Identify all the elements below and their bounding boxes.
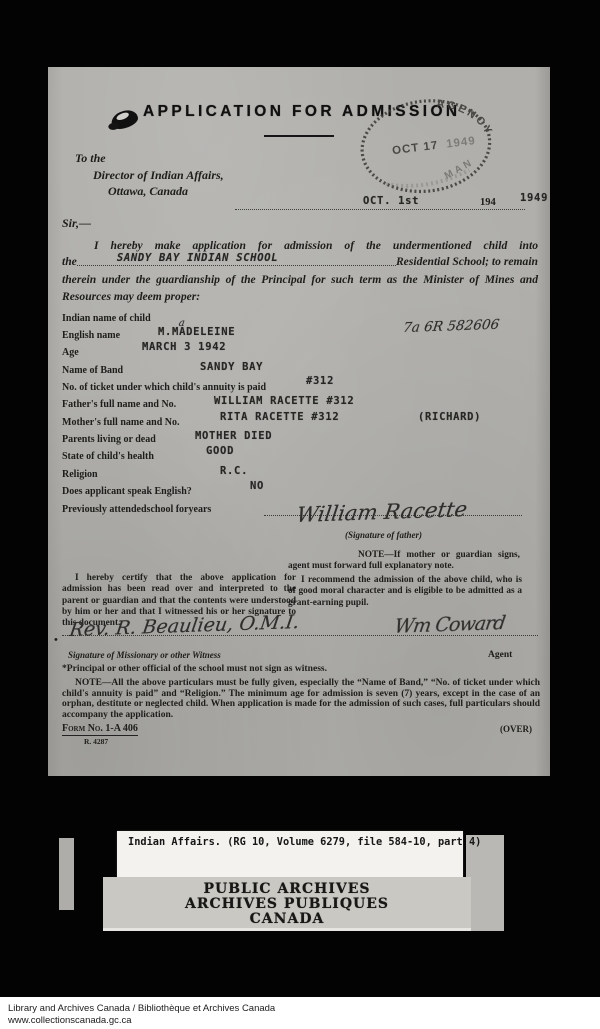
- field-label: Previously attended: [62, 504, 147, 516]
- field-label: Indian name of child: [62, 313, 151, 325]
- field-label-end: years: [189, 504, 212, 516]
- field-label: Father's full name and No.: [62, 399, 176, 411]
- over-label: (OVER): [500, 724, 532, 734]
- field-value: GOOD: [206, 445, 234, 457]
- field-value-extra: (RICHARD): [418, 411, 481, 423]
- lac-footer-bar: Library and Archives Canada / Bibliothèq…: [0, 997, 600, 1029]
- dotted-leader: [264, 515, 522, 516]
- scanned-document-page: { "stamp": { "arc_text": "AGENCY", "date…: [0, 0, 600, 1029]
- salutation: Sir,—: [62, 216, 91, 231]
- film-edge-tab-left: [59, 838, 74, 910]
- recommend-paragraph: I recommend the admission of the above c…: [288, 575, 522, 609]
- agency-date-stamp: AGENCY OCT 17 1949 MAN: [348, 85, 506, 210]
- field-label: Does applicant speak English?: [62, 486, 192, 498]
- field-label: State of child's health: [62, 451, 154, 463]
- agent-note: NOTE—If mother or guardian signs, agent …: [288, 550, 520, 573]
- dotted-leader: SANDY BAY INDIAN SCHOOL: [77, 265, 396, 266]
- field-value: #312: [306, 375, 334, 387]
- field-row-religion: Religion R.C.: [62, 467, 538, 481]
- witness-rule-note: *Principal or other official of the scho…: [62, 663, 327, 674]
- addressee-line: To the: [75, 150, 224, 167]
- form-number: Form No. 1-A 406: [62, 723, 138, 736]
- field-label: Parents living or dead: [62, 434, 156, 446]
- dotted-leader: [62, 635, 538, 636]
- field-value: MOTHER DIED: [195, 430, 272, 442]
- field-row-speaks-english: Does applicant speak English? NO: [62, 484, 538, 498]
- handwritten-file-number: 7a 6R 582606: [402, 317, 500, 336]
- field-row-mother: Mother's full name and No. RITA RACETTE …: [62, 415, 538, 429]
- field-row-ticket: No. of ticket under which child's annuit…: [62, 380, 538, 394]
- field-label: No. of ticket under which child's annuit…: [62, 382, 266, 394]
- field-value: RITA RACETTE #312: [220, 411, 339, 423]
- field-value: MARCH 3 1942: [142, 341, 226, 353]
- archives-stamp-line: CANADA: [103, 912, 471, 927]
- field-label: Name of Band: [62, 365, 123, 377]
- date-printed-prefix: 194: [480, 197, 496, 208]
- body-line-4: Resources may deem proper:: [62, 290, 200, 303]
- public-archives-stamp: PUBLIC ARCHIVES ARCHIVES PUBLIQUES CANAD…: [103, 877, 471, 931]
- field-label: Religion: [62, 469, 98, 481]
- field-value: NO: [250, 480, 264, 492]
- body-line-3: therein under the guardianship of the Pr…: [62, 273, 538, 286]
- witness-signature-caption: Signature of Missionary or other Witness: [68, 650, 221, 660]
- stamp-date-year: 1949: [446, 135, 477, 151]
- title-underline: [264, 135, 334, 137]
- lac-footer-line1: Library and Archives Canada / Bibliothèq…: [8, 1003, 275, 1015]
- lac-footer-url: www.collectionscanada.gc.ca: [8, 1015, 132, 1027]
- field-label: English name: [62, 330, 120, 342]
- field-value: M.MADELEINE: [158, 326, 235, 338]
- date-typed-year: 1949: [520, 192, 548, 204]
- father-signature-caption: (Signature of father): [345, 530, 422, 540]
- body-the: the: [62, 255, 77, 268]
- form-number-sub: R. 4287: [84, 737, 108, 746]
- archives-stamp-line: PUBLIC ARCHIVES: [103, 882, 471, 897]
- father-signature: William Racette: [295, 497, 469, 527]
- field-row-father: Father's full name and No. WILLIAM RACET…: [62, 397, 538, 411]
- field-row-band: Name of Band SANDY BAY: [62, 363, 538, 377]
- field-value: SANDY BAY: [200, 361, 263, 373]
- stamp-date: OCT 17: [392, 140, 439, 158]
- date-line: OCT. 1st 194 1949: [235, 198, 525, 211]
- film-edge-tab-right: [466, 835, 504, 931]
- body-line-2-end: Residential School; to remain: [396, 255, 538, 268]
- field-row-age: Age MARCH 3 1942: [62, 345, 538, 359]
- addressee-line: Director of Indian Affairs,: [93, 167, 224, 184]
- ink-blot: [109, 108, 139, 131]
- dotted-leader: [235, 209, 525, 210]
- addressee-block: To the Director of Indian Affairs, Ottaw…: [75, 150, 224, 200]
- field-row-health: State of child's health GOOD: [62, 449, 538, 463]
- field-label-mid: school for: [147, 504, 189, 516]
- stamp-region: MAN: [443, 157, 476, 182]
- archives-stamp-line: ARCHIVES PUBLIQUES: [103, 897, 471, 912]
- field-value: WILLIAM RACETTE #312: [214, 395, 354, 407]
- application-form-paper: APPLICATION FOR ADMISSION AGENCY OCT 17 …: [48, 67, 550, 776]
- addressee-line: Ottawa, Canada: [108, 183, 224, 200]
- body-line-2: the SANDY BAY INDIAN SCHOOL Residential …: [62, 255, 538, 268]
- signature-bullet: •: [54, 634, 58, 646]
- school-name-typed: SANDY BAY INDIAN SCHOOL: [117, 252, 279, 264]
- archive-file-strip: Indian Affairs. (RG 10, Volume 6279, fil…: [117, 831, 463, 877]
- archive-file-label: Indian Affairs. (RG 10, Volume 6279, fil…: [117, 831, 463, 848]
- date-typed: OCT. 1st: [363, 195, 419, 207]
- field-label: Age: [62, 347, 79, 359]
- agent-caption: Agent: [488, 650, 512, 660]
- svg-text:OCT 17 1949: OCT 17 1949: [392, 135, 477, 157]
- field-row-english-name: English name M.MADELEINE a 7a 6R 582606: [62, 328, 538, 342]
- field-value: R.C.: [220, 465, 248, 477]
- field-label: Mother's full name and No.: [62, 417, 180, 429]
- body-line-1: I hereby make application for admission …: [94, 239, 538, 252]
- field-row-parents: Parents living or dead MOTHER DIED: [62, 432, 538, 446]
- bottom-note: NOTE—All the above particulars must be f…: [62, 678, 540, 720]
